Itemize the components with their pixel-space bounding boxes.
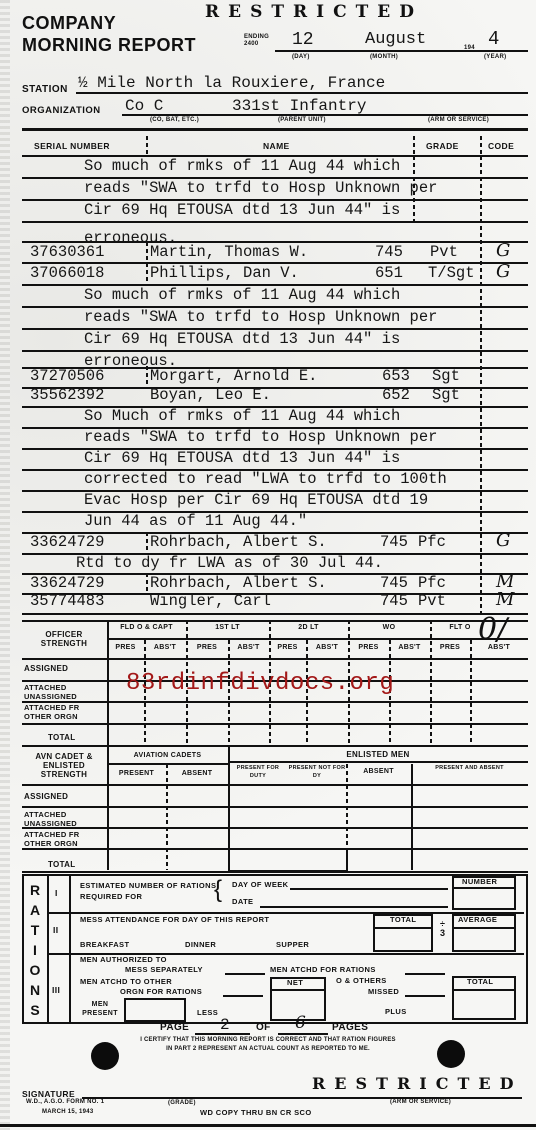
mos: 652 (382, 386, 410, 404)
station-value: ½ Mile North la Rouxiere, France (78, 74, 385, 92)
org-caption-parent: (PARENT UNIT) (278, 117, 326, 123)
col-name: NAME (263, 141, 290, 151)
col-divider (480, 136, 482, 156)
form-title-line1: COMPANY (22, 13, 116, 34)
net-label: NET (287, 978, 303, 987)
col-serial-number: SERIAL NUMBER (34, 141, 110, 151)
of-label: OF (256, 1022, 271, 1033)
sub-abst: ABS'T (144, 644, 186, 651)
table-row: 37066018 Phillips, Dan V. 651 T/Sgt G (0, 263, 536, 284)
bottom-edge (0, 1124, 536, 1127)
men-present-label: MEN PRESENT (74, 1000, 126, 1018)
grade-caption: (GRADE) (168, 1100, 196, 1106)
grade: Pvt (430, 243, 458, 261)
form-id: W.D., A.G.O. FORM NO. 1 (26, 1099, 104, 1105)
col-divider (146, 242, 148, 282)
row-rule (107, 638, 528, 640)
rations-total-label: TOTAL (467, 977, 493, 986)
row-rule (22, 658, 528, 660)
page-label: PAGE (160, 1022, 189, 1033)
classification-bottom: RESTRICTED (312, 1074, 522, 1093)
row-attached-unassigned: ATTACHED UNASSIGNED (24, 683, 99, 701)
row-assigned: ASSIGNED (24, 792, 68, 801)
grade: Sgt (432, 367, 460, 385)
serial-number: 35562392 (30, 386, 104, 404)
col-divider (470, 640, 472, 746)
grade: Pfc (418, 533, 446, 551)
org-caption-unit: (CO, BAT, ETC.) (150, 117, 199, 123)
page-underline (195, 1033, 250, 1035)
station-underline (76, 92, 528, 94)
organization-unit: Co C (125, 97, 163, 115)
mos: 651 (375, 264, 403, 282)
sub-enlisted-absent: ABSENT (346, 768, 411, 775)
sub-present-and-absent: PRESENT AND ABSENT (411, 764, 528, 772)
table-row: 35774483 Wingler, Carl 745 Pvt M (0, 591, 536, 612)
row-rule (22, 806, 528, 808)
sub-abst: ABS'T (389, 644, 430, 651)
men-atchd-for-rations-label: MEN ATCHD FOR RATIONS (270, 965, 376, 974)
remark-line: corrected to read "LWA to trfd to 100th (0, 469, 536, 490)
fill-line (225, 973, 265, 975)
report-month: August (365, 30, 426, 49)
watermark: 83rdinfdivdocs.org (126, 670, 394, 697)
person-name: Boyan, Leo E. (150, 386, 271, 404)
less-label: LESS (197, 1008, 218, 1017)
rations-side-label: RATIONS (24, 880, 46, 1020)
pages-underline (278, 1033, 328, 1035)
serial-number: 37630361 (30, 243, 104, 261)
col-divider (480, 156, 482, 613)
sub-pres: PRES (269, 644, 306, 651)
row-attached-unassigned: ATTACHED UNASSIGNED (24, 810, 99, 828)
morning-report-page: RESTRICTED COMPANY MORNING REPORT ENDING… (0, 0, 536, 1130)
brace-icon: { (214, 876, 222, 904)
mos: 653 (382, 367, 410, 385)
col-divider (413, 156, 415, 226)
signature-line (82, 1097, 522, 1099)
signature-label: SIGNATURE (22, 1089, 75, 1099)
code: G (496, 530, 510, 551)
breakfast-label: BREAKFAST (80, 940, 129, 949)
form-title-line2: MORNING REPORT (22, 35, 196, 56)
supper-label: SUPPER (276, 940, 309, 949)
col-code: CODE (488, 141, 514, 151)
mess-separately-label: MESS SEPARATELY (125, 965, 203, 974)
person-name: Wingler, Carl (150, 592, 271, 610)
punch-hole-left (91, 1042, 119, 1070)
table-row: 37630361 Martin, Thomas W. 745 Pvt G (0, 242, 536, 263)
table-row: 35562392 Boyan, Leo E. 652 Sgt (0, 385, 536, 406)
row-rule (22, 827, 528, 829)
serial-number: 33624729 (30, 574, 104, 592)
organization-parent: 331st Infantry (232, 97, 366, 115)
group-enlisted-men: ENLISTED MEN (228, 750, 528, 759)
fill-line (405, 995, 445, 997)
remark-line: Cir 69 Hq ETOUSA dtd 13 Jun 44" is (0, 448, 536, 469)
col-divider (166, 764, 168, 870)
date-line (260, 906, 448, 908)
row-total: TOTAL (48, 860, 75, 869)
remark-line: So Much of rmks of 11 Aug 44 which (0, 406, 536, 427)
sub-present-for-duty: PRESENT FOR DUTY (228, 764, 288, 780)
organization-label: ORGANIZATION (22, 105, 101, 116)
copy-note: WD COPY THRU BN CR SCO (200, 1108, 312, 1117)
header-rule (22, 128, 528, 131)
person-name: Phillips, Dan V. (150, 264, 299, 282)
table-row: 33624729 Rohrbach, Albert S. 745 Pfc G (0, 532, 536, 553)
day-of-week-label: DAY OF WEEK (232, 880, 289, 889)
row-rule (228, 761, 528, 763)
month-caption: (MONTH) (370, 54, 398, 60)
section-iii-roman: III (52, 985, 60, 995)
section-ii-roman: II (53, 925, 59, 935)
remark-line: Jun 44 as of 11 Aug 44." (0, 511, 536, 532)
arm-caption: (ARM OR SERVICE) (390, 1099, 451, 1105)
group-2d-lt: 2D LT (269, 624, 348, 631)
col-divider (146, 366, 148, 386)
sub-abst: ABS'T (306, 644, 348, 651)
group-1st-lt: 1ST LT (186, 624, 269, 631)
table-row: 37270506 Morgart, Arnold E. 653 Sgt (0, 366, 536, 387)
men-present-box (124, 998, 186, 1022)
remark-line: erroneous. (0, 222, 536, 243)
men-atchd-to-other-label: MEN ATCHD TO OTHER (80, 977, 172, 986)
group-wo: WO (348, 624, 430, 631)
col-divider (413, 136, 415, 156)
grade: T/Sgt (428, 264, 475, 282)
serial-number: 33624729 (30, 533, 104, 551)
average-label: AVERAGE (458, 915, 497, 924)
sub-cadets-present: PRESENT (107, 770, 166, 777)
officer-strength-title: OFFICER STRENGTH (22, 630, 106, 648)
men-authorized-label: MEN AUTHORIZED TO (80, 955, 167, 964)
sub-pres: PRES (107, 644, 144, 651)
code: G (496, 240, 510, 261)
sub-pres: PRES (186, 644, 228, 651)
person-name: Martin, Thomas W. (150, 243, 308, 261)
day-of-week-line (290, 888, 448, 890)
report-year: 4 (488, 28, 499, 50)
mos: 745 (380, 533, 408, 551)
mos: 745 (380, 592, 408, 610)
day-caption: (DAY) (292, 54, 310, 60)
col-divider (146, 136, 148, 156)
col-divider (146, 573, 148, 593)
year-caption: (YEAR) (484, 54, 506, 60)
remark-line: Cir 69 Hq ETOUSA dtd 13 Jun 44" is (0, 200, 536, 221)
date-underline (275, 50, 528, 52)
row-rule (22, 723, 528, 725)
remark-line: Rtd to dy fr LWA as of 30 Jul 44. (0, 553, 536, 574)
mos: 745 (375, 243, 403, 261)
col-divider (411, 764, 413, 870)
page-number: 2 (220, 1016, 230, 1034)
grade: Pvt (418, 592, 446, 610)
row-attached-fr-other-orgn: ATTACHED FR OTHER ORGN (24, 830, 104, 848)
box-rule (375, 927, 431, 929)
box-rule (454, 927, 514, 929)
section-rule (22, 620, 528, 622)
punch-hole-right (437, 1040, 465, 1068)
col-divider (69, 876, 71, 1022)
org-caption-arm: (ARM OR SERVICE) (428, 117, 489, 123)
group-fld-o-capt: FLD O & CAPT (107, 624, 186, 631)
code: G (496, 261, 510, 282)
remark-line: Cir 69 Hq ETOUSA dtd 13 Jun 44" is (0, 329, 536, 350)
mos: 745 (380, 574, 408, 592)
remark-line: So much of rmks of 11 Aug 44 which (0, 156, 536, 177)
row-rule (22, 613, 528, 615)
serial-number: 35774483 (30, 592, 104, 610)
page-total: 6 (295, 1013, 306, 1033)
station-label: STATION (22, 84, 68, 95)
report-day: 12 (292, 30, 314, 50)
row-assigned: ASSIGNED (24, 664, 68, 673)
serial-number: 37270506 (30, 367, 104, 385)
total-label: TOTAL (390, 915, 416, 924)
remark-line: reads "SWA to trfd to Hosp Unknown per (0, 307, 536, 328)
box-rule (272, 989, 324, 991)
row-rule (22, 784, 528, 786)
code: M (496, 589, 514, 610)
sub-pres: PRES (348, 644, 389, 651)
missed-label: MISSED (368, 987, 399, 996)
classification-top: RESTRICTED (205, 2, 423, 22)
enlisted-strength-title: AVN CADET & ENLISTED STRENGTH (22, 752, 106, 779)
others-label: O & OTHERS (336, 976, 387, 985)
box-rule (454, 887, 514, 889)
total-present-box (228, 848, 348, 872)
remark-line: reads "SWA to trfd to Hosp Unknown per (0, 427, 536, 448)
remark-line: So much of rmks of 11 Aug 44 which (0, 285, 536, 306)
divide-by-three: ÷ 3 (440, 920, 450, 938)
remark-line: reads "SWA to trfd to Hosp Unknown per (0, 178, 536, 199)
sub-cadets-absent: ABSENT (166, 770, 228, 777)
grade: Pfc (418, 574, 446, 592)
date-label: DATE (232, 897, 253, 906)
row-rule (107, 763, 228, 765)
box-rule (454, 989, 514, 991)
section-rule (22, 871, 528, 873)
row-total: TOTAL (48, 733, 75, 742)
col-divider (146, 532, 148, 552)
section-i-roman: I (55, 888, 58, 898)
section-ii-label: MESS ATTENDANCE FOR DAY OF THIS REPORT (80, 915, 269, 924)
person-name: Morgart, Arnold E. (150, 367, 317, 385)
person-name: Rohrbach, Albert S. (150, 574, 327, 592)
remark-line: Evac Hosp per Cir 69 Hq ETOUSA dtd 19 (0, 490, 536, 511)
form-date: MARCH 15, 1943 (42, 1109, 94, 1115)
row-rule (22, 745, 528, 747)
organization-underline (122, 114, 528, 116)
sub-present-not-for-dy: PRESENT NOT FOR DY (288, 764, 346, 780)
group-aviation-cadets: AVIATION CADETS (107, 752, 228, 759)
sub-abst: ABS'T (228, 644, 269, 651)
number-label: NUMBER (462, 877, 497, 886)
fill-line (223, 995, 263, 997)
orgn-for-rations-label: ORGN FOR RATIONS (120, 987, 202, 996)
dinner-label: DINNER (185, 940, 216, 949)
pages-label: PAGES (332, 1022, 368, 1033)
certification-text: I CERTIFY THAT THIS MORNING REPORT IS CO… (140, 1036, 396, 1054)
grade: Sgt (432, 386, 460, 404)
serial-number: 37066018 (30, 264, 104, 282)
col-divider (107, 746, 109, 870)
fill-line (405, 973, 445, 975)
col-divider (47, 876, 49, 1022)
section-i-label: ESTIMATED NUMBER OF RATIONS REQUIRED FOR (80, 880, 220, 902)
person-name: Rohrbach, Albert S. (150, 533, 327, 551)
handwritten-mark: 0/ (478, 612, 507, 647)
plus-label: PLUS (385, 1007, 407, 1016)
row-attached-fr-other-orgn: ATTACHED FR OTHER ORGN (24, 703, 104, 721)
col-grade: GRADE (426, 141, 459, 151)
ending-label: ENDING 2400 (244, 34, 274, 48)
sub-pres: PRES (430, 644, 470, 651)
